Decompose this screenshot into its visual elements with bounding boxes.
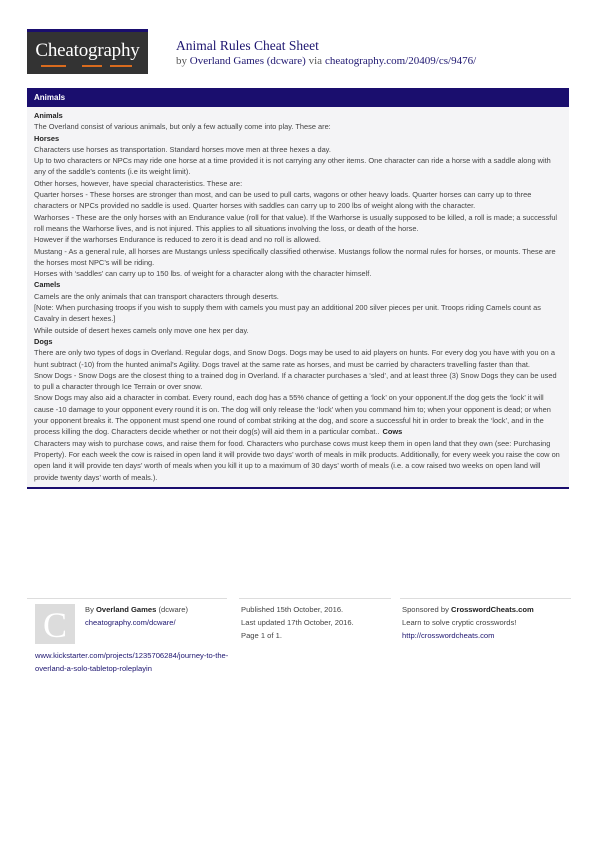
footer-date-column: Published 15th October, 2016. Last updat… bbox=[239, 598, 391, 642]
published-date: Published 15th October, 2016. bbox=[241, 603, 391, 616]
sponsor-name: CrosswordCheats.com bbox=[451, 605, 534, 614]
paragraph: Horses with ‘saddles’ can carry up to 15… bbox=[34, 268, 562, 279]
logo-underline-decor bbox=[82, 65, 102, 67]
section-heading: Camels bbox=[34, 279, 562, 290]
author-info: By Overland Games (dcware) cheatography.… bbox=[85, 603, 227, 629]
paragraph-text: Up to two characters or NPCs may ride on… bbox=[34, 156, 551, 176]
logo-underline-decor bbox=[41, 65, 66, 67]
paragraph: Camels are the only animals that can tra… bbox=[34, 291, 562, 302]
paragraph-text: Characters may wish to purchase cows, an… bbox=[34, 439, 560, 482]
paragraph-text: Characters use horses as transportation.… bbox=[34, 145, 331, 154]
heading-text: Camels bbox=[34, 280, 60, 289]
panel-body: AnimalsThe Overland consist of various a… bbox=[27, 107, 569, 489]
paragraph: Characters use horses as transportation.… bbox=[34, 144, 562, 155]
byline: by Overland Games (dcware) viacheatograp… bbox=[176, 54, 476, 68]
paragraph-text: Mustang - As a general rule, all horses … bbox=[34, 247, 556, 267]
paragraph: Snow Dogs - Snow Dogs are the closest th… bbox=[34, 370, 562, 393]
paragraph: While outside of desert hexes camels onl… bbox=[34, 325, 562, 336]
paragraph-text: Snow Dogs may also aid a character in co… bbox=[34, 393, 551, 436]
updated-date: Last updated 17th October, 2016. bbox=[241, 616, 391, 629]
panel-header: Animals bbox=[27, 88, 569, 107]
paragraph: Characters may wish to purchase cows, an… bbox=[34, 438, 562, 483]
paragraph: Mustang - As a general rule, all horses … bbox=[34, 246, 562, 269]
paragraph: [Note: When purchasing troops if you wis… bbox=[34, 302, 562, 325]
author-avatar[interactable]: C bbox=[35, 604, 75, 644]
paragraph-text: Snow Dogs - Snow Dogs are the closest th… bbox=[34, 371, 557, 391]
section-heading: Animals bbox=[34, 110, 562, 121]
footer-author-column: C By Overland Games (dcware) cheatograph… bbox=[27, 598, 227, 675]
sponsor-link[interactable]: http://crosswordcheats.com bbox=[402, 629, 571, 642]
logo-underline-decor bbox=[110, 65, 132, 67]
paragraph: Up to two characters or NPCs may ride on… bbox=[34, 155, 562, 178]
author-line: By Overland Games (dcware) bbox=[85, 603, 227, 616]
by-label: By bbox=[85, 605, 94, 614]
sponsored-by-label: Sponsored by bbox=[402, 605, 449, 614]
paragraph: Quarter horses - These horses are strong… bbox=[34, 189, 562, 212]
title-block: Animal Rules Cheat Sheet by Overland Gam… bbox=[176, 38, 476, 68]
paragraph-text: [Note: When purchasing troops if you wis… bbox=[34, 303, 541, 323]
paragraph: There are only two types of dogs in Over… bbox=[34, 347, 562, 370]
heading-text: Horses bbox=[34, 134, 59, 143]
sheet-url-link[interactable]: cheatography.com/20409/cs/9476/ bbox=[325, 55, 476, 67]
paragraph: Warhorses - These are the only horses wi… bbox=[34, 212, 562, 235]
cheatography-logo[interactable]: Cheatography bbox=[27, 29, 148, 74]
section-heading: Horses bbox=[34, 133, 562, 144]
paragraph-text: Quarter horses - These horses are strong… bbox=[34, 190, 531, 210]
paragraph-text: Horses with ‘saddles’ can carry up to 15… bbox=[34, 269, 371, 278]
author-profile-link[interactable]: cheatography.com/dcware/ bbox=[85, 616, 227, 629]
paragraph: The Overland consist of various animals,… bbox=[34, 121, 562, 132]
section-heading: Cows bbox=[382, 427, 402, 436]
paragraph-text: Warhorses - These are the only horses wi… bbox=[34, 213, 557, 233]
paragraph-text: There are only two types of dogs in Over… bbox=[34, 348, 555, 368]
heading-text: Animals bbox=[34, 111, 63, 120]
kickstarter-link[interactable]: www.kickstarter.com/projects/1235706284/… bbox=[27, 649, 230, 675]
paragraph-text: Other horses, however, have special char… bbox=[34, 179, 242, 188]
paragraph-text: While outside of desert hexes camels onl… bbox=[34, 326, 249, 335]
paragraph-text: Camels are the only animals that can tra… bbox=[34, 292, 279, 301]
author-name-link[interactable]: Overland Games bbox=[96, 605, 156, 614]
via-label: via bbox=[309, 55, 322, 67]
author-handle: (dcware) bbox=[158, 605, 188, 614]
paragraph-text: However if the warhorses Endurance is re… bbox=[34, 235, 321, 244]
paragraph: Snow Dogs may also aid a character in co… bbox=[34, 392, 562, 437]
animals-panel: Animals AnimalsThe Overland consist of v… bbox=[27, 88, 569, 489]
paragraph-text: The Overland consist of various animals,… bbox=[34, 122, 331, 131]
sponsor-line: Sponsored by CrosswordCheats.com bbox=[402, 603, 571, 616]
sponsor-tagline: Learn to solve cryptic crosswords! bbox=[402, 616, 571, 629]
by-label: by bbox=[176, 55, 187, 67]
page-count: Page 1 of 1. bbox=[241, 629, 391, 642]
logo-text: Cheatography bbox=[27, 40, 148, 62]
section-heading: Dogs bbox=[34, 336, 562, 347]
footer-sponsor-column: Sponsored by CrosswordCheats.com Learn t… bbox=[400, 598, 571, 642]
author-link[interactable]: Overland Games (dcware) bbox=[190, 55, 306, 67]
page-title: Animal Rules Cheat Sheet bbox=[176, 38, 476, 54]
paragraph: Other horses, however, have special char… bbox=[34, 178, 562, 189]
heading-text: Dogs bbox=[34, 337, 52, 346]
paragraph: However if the warhorses Endurance is re… bbox=[34, 234, 562, 245]
